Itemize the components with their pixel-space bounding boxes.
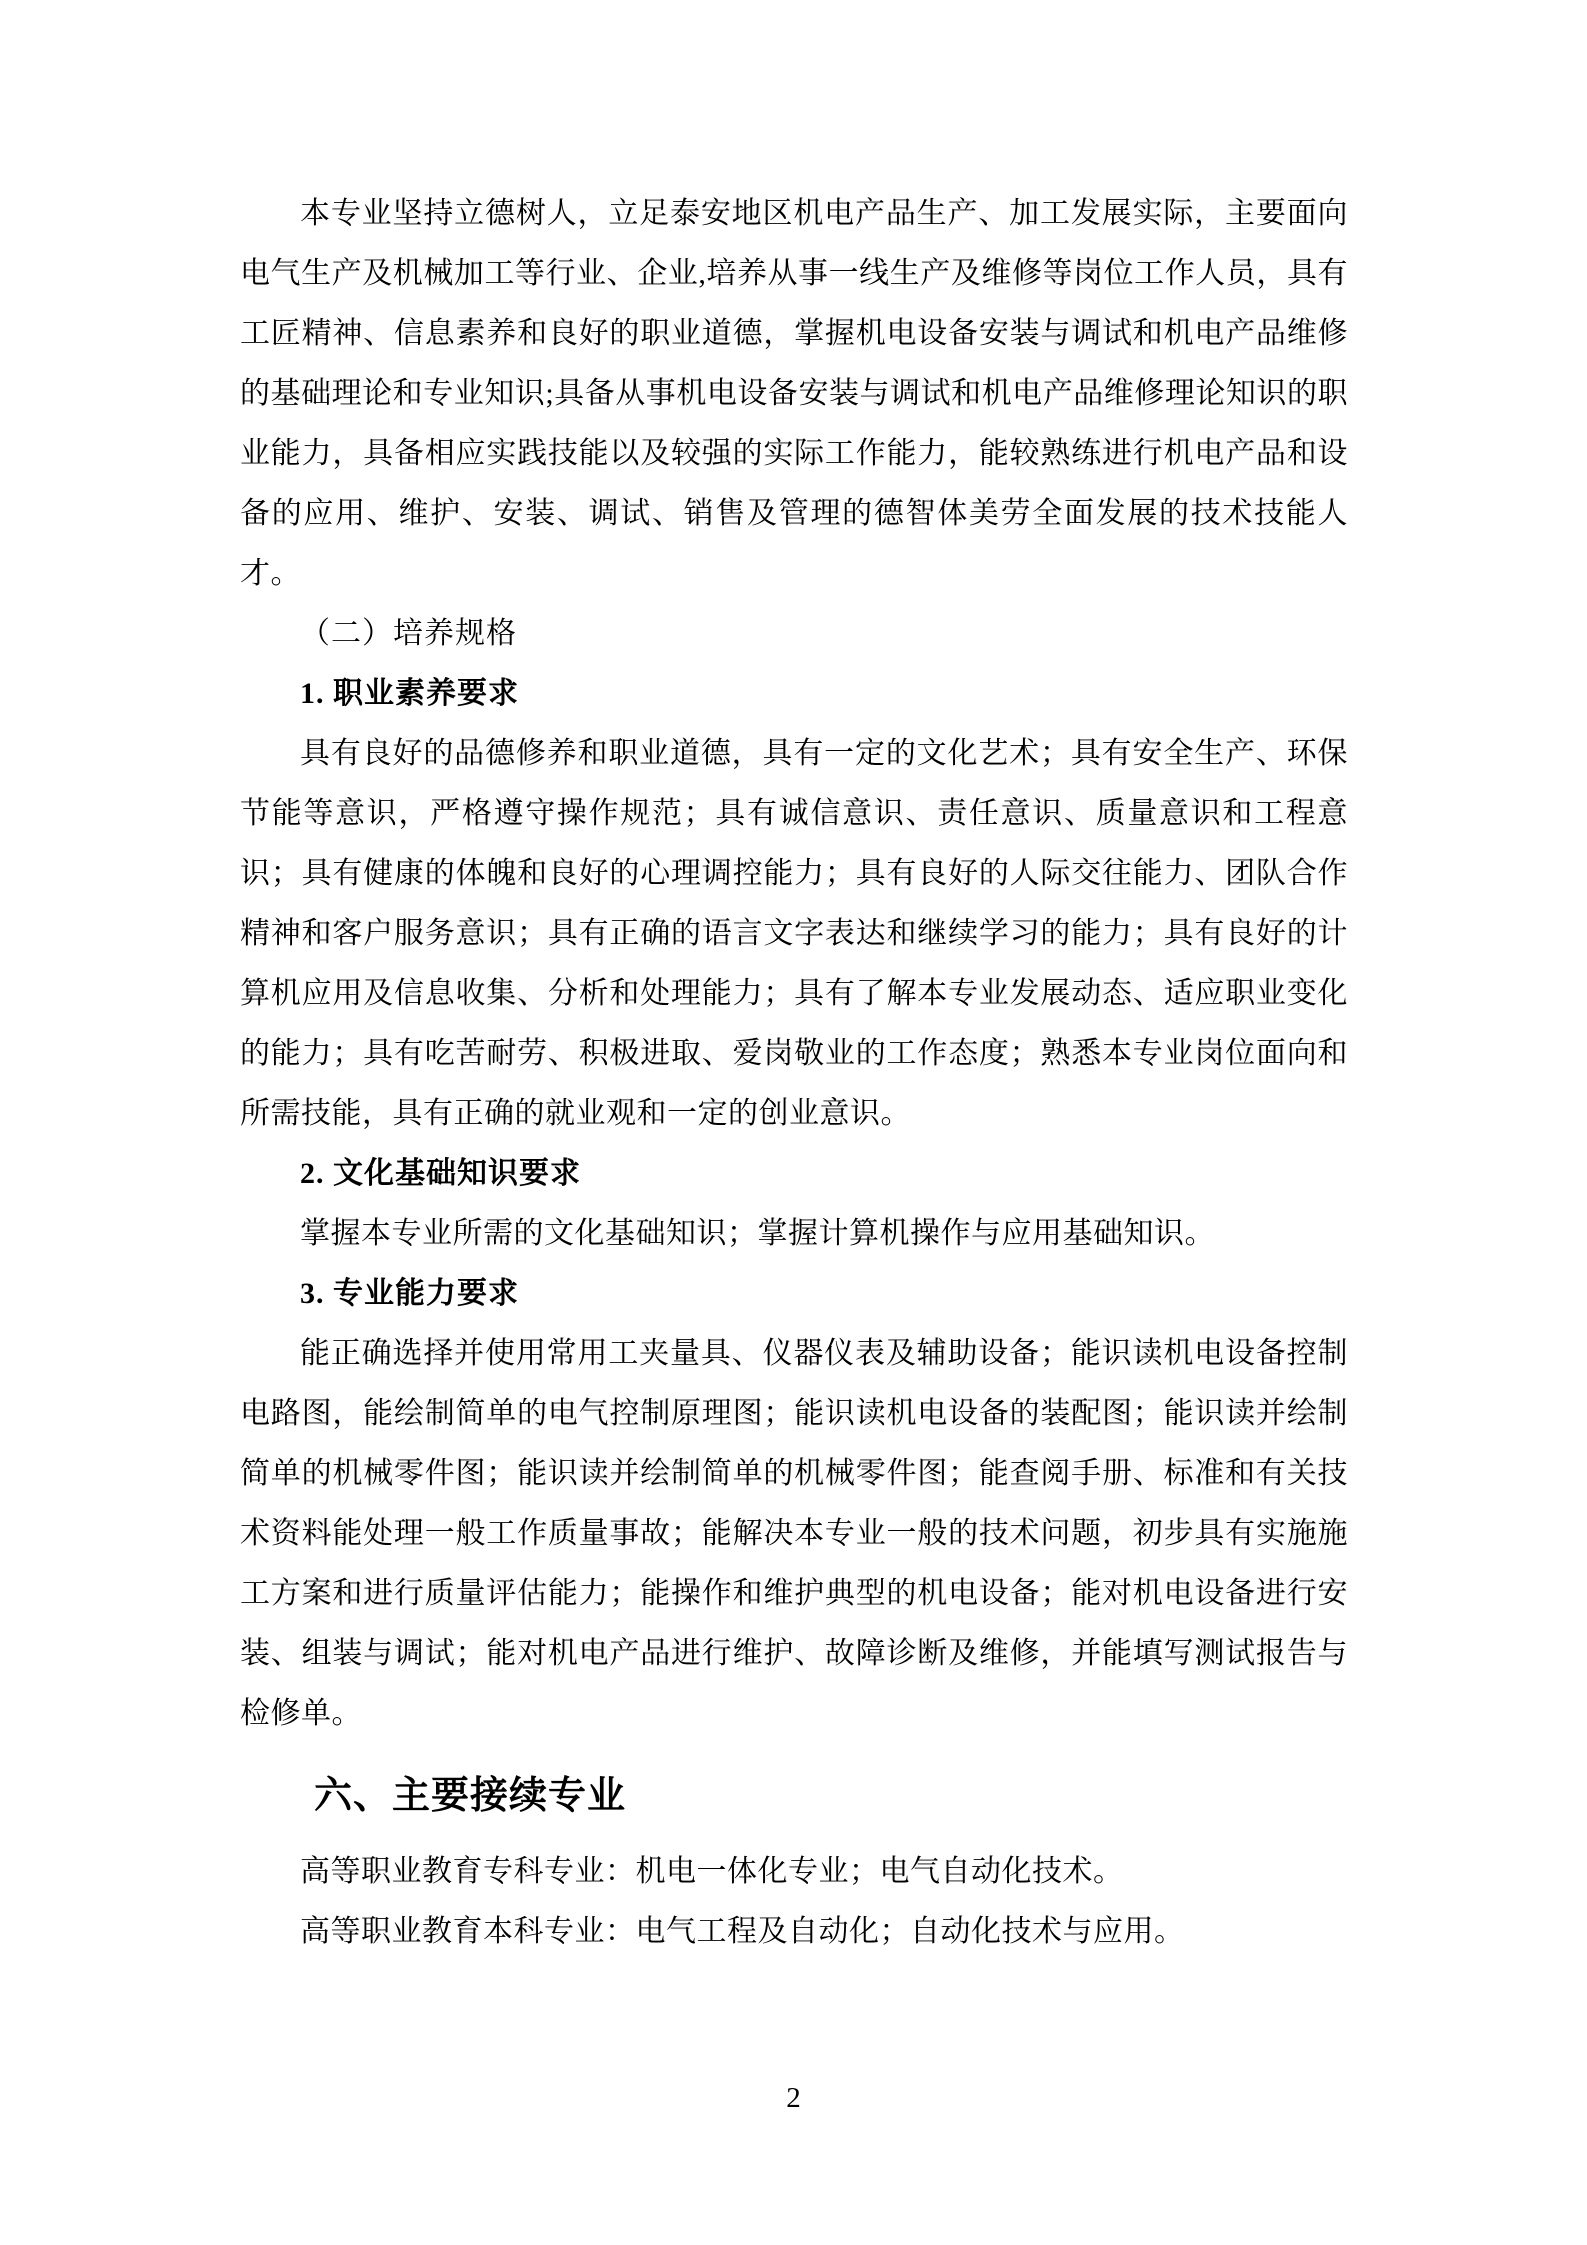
section-heading-training-specs: （二）培养规格 xyxy=(240,604,1348,664)
numbered-heading-professional-quality: 1. 职业素养要求 xyxy=(240,664,1348,724)
document-content: 本专业坚持立德树人，立足泰安地区机电产品生产、加工发展实际，主要面向电气生产及机… xyxy=(240,184,1348,1962)
paragraph-professional-quality: 具有良好的品德修养和职业道德，具有一定的文化艺术；具有安全生产、环保节能等意识，… xyxy=(240,724,1348,1144)
chapter-heading-continuing-majors: 六、主要接续专业 xyxy=(240,1760,1348,1832)
paragraph-cultural-knowledge: 掌握本专业所需的文化基础知识；掌握计算机操作与应用基础知识。 xyxy=(240,1204,1348,1264)
numbered-heading-cultural-knowledge: 2. 文化基础知识要求 xyxy=(240,1144,1348,1204)
paragraph-training-objective: 本专业坚持立德树人，立足泰安地区机电产品生产、加工发展实际，主要面向电气生产及机… xyxy=(240,184,1348,604)
numbered-heading-professional-ability: 3. 专业能力要求 xyxy=(240,1264,1348,1324)
page-number: 2 xyxy=(0,2078,1587,2118)
paragraph-professional-ability: 能正确选择并使用常用工夹量具、仪器仪表及辅助设备；能识读机电设备控制电路图，能绘… xyxy=(240,1324,1348,1744)
document-page: 本专业坚持立德树人，立足泰安地区机电产品生产、加工发展实际，主要面向电气生产及机… xyxy=(0,0,1587,2245)
paragraph-college-majors: 高等职业教育专科专业：机电一体化专业；电气自动化技术。 xyxy=(240,1842,1348,1902)
paragraph-undergraduate-majors: 高等职业教育本科专业：电气工程及自动化；自动化技术与应用。 xyxy=(240,1902,1348,1962)
